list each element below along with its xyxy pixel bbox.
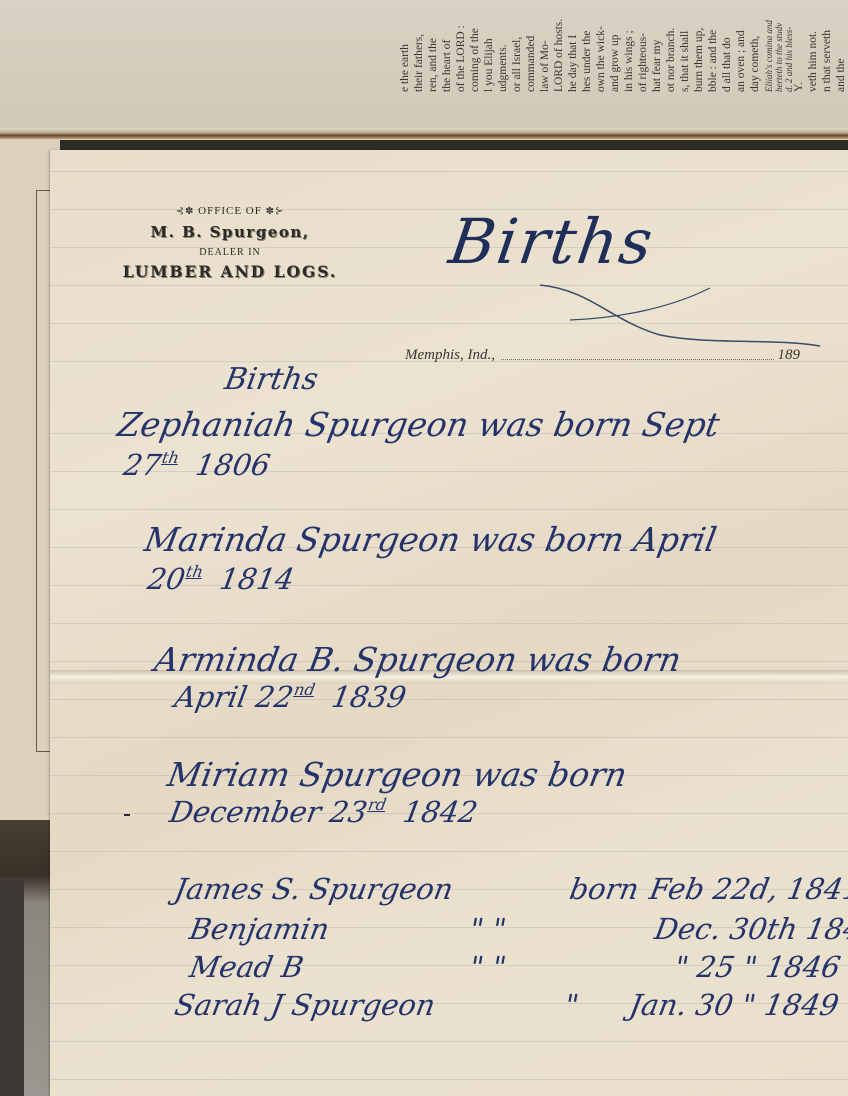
book-text-column: Y. [792, 0, 806, 92]
book-text-column: berteth to the study [772, 0, 782, 92]
birth-table-row: Sarah J Spurgeon " Jan. 30 " 1849 [172, 988, 558, 1022]
place-name: Memphis, Ind., [405, 347, 495, 364]
book-text-column: bble : and the [706, 0, 720, 92]
birth-date: Dec. 30th 1844 [652, 912, 848, 946]
book-text-column: Elijah's coming and [762, 0, 772, 92]
born-label: born [567, 872, 653, 906]
book-text-column: s, that it shall [678, 0, 692, 92]
child-name: Mead B [187, 950, 573, 984]
book-text-column: he day that I [566, 0, 580, 92]
birth-entry-name-line: Zephaniah Spurgeon was born Sept [115, 405, 723, 444]
birth-entry-name-line: Arminda B. Spurgeon was born [152, 640, 685, 679]
margin-mark [124, 814, 130, 816]
book-text-column: of the LORD : [454, 0, 468, 92]
book-text-column: in his wings ; [622, 0, 636, 92]
letterhead-dealer-in: DEALER IN [90, 247, 370, 258]
ditto-marks: " " [467, 912, 509, 946]
letterhead: ⊰✽ OFFICE OF ✽⊱ M. B. Spurgeon, DEALER I… [90, 205, 370, 281]
book-text-column: ot nor branch. [664, 0, 678, 92]
book-text-column: own the wick- [594, 0, 608, 92]
birth-table-row: Mead B " " " 25 " 1846 [187, 950, 573, 984]
book-text-column: burn them up, [692, 0, 706, 92]
child-name: Sarah J Spurgeon [172, 988, 558, 1022]
birth-entry-date: 27th 1806 [121, 448, 273, 482]
book-text-column: an oven ; and [734, 0, 748, 92]
ornament-left-icon: ⊰✽ [176, 206, 195, 217]
book-text-column: and grow up [608, 0, 622, 92]
book-text-column: veth him not. [806, 0, 820, 92]
underlying-page-border [36, 190, 51, 752]
birth-entry-date: April 22nd 1839 [172, 680, 409, 714]
book-text-column: n that serveth [820, 0, 834, 92]
place-date-line: Memphis, Ind., 189 [405, 346, 800, 364]
letterhead-name: M. B. Spurgeon, [90, 223, 370, 241]
book-text-column: their fathers, [412, 0, 426, 92]
birth-date: " 25 " 1846 [672, 950, 843, 984]
child-name: James S. Spurgeon [172, 872, 573, 906]
page-heading: Births [445, 205, 659, 278]
birth-table-row: James S. Spurgeon born Feb 22d, 1841 [172, 872, 848, 906]
letterhead-office-of: ⊰✽ OFFICE OF ✽⊱ [90, 205, 370, 217]
book-text-column: d, 2 and his bless- [782, 0, 792, 92]
birth-date: Jan. 30 " 1849 [627, 988, 842, 1022]
book-text-column: commanded [524, 0, 538, 92]
date-blank-line [501, 359, 774, 360]
book-text-column: udgments. [496, 0, 510, 92]
book-text-column: and the [834, 0, 848, 92]
book-page-edge [0, 128, 848, 140]
ditto-marks: " " [467, 950, 509, 984]
book-printed-text: and the n that serveth veth him not. Y. … [380, 0, 848, 92]
subheading: Births [222, 362, 321, 397]
ornament-right-icon: ✽⊱ [266, 206, 285, 217]
ditto-marks: " [562, 988, 581, 1022]
child-name: Benjamin [187, 912, 573, 946]
book-text-column: of righteous- [636, 0, 650, 92]
letter-sheet: ⊰✽ OFFICE OF ✽⊱ M. B. Spurgeon, DEALER I… [50, 150, 848, 1096]
book-text-column: hat fear my [650, 0, 664, 92]
book-text-column: e the earth [398, 0, 412, 92]
book-page-background: and the n that serveth veth him not. Y. … [0, 0, 848, 140]
birth-date: Feb 22d, 1841 [647, 872, 848, 906]
book-text-column: the heart of [440, 0, 454, 92]
book-text-column: law of Mo- [538, 0, 552, 92]
birth-entry-name-line: Marinda Spurgeon was born April [142, 520, 720, 559]
book-text-column: LORD of hosts. [552, 0, 566, 92]
birth-entry-date: 20th 1814 [145, 562, 297, 596]
book-text-column: or all Israel, [510, 0, 524, 92]
birth-entry-date: December 23rd 1842 [167, 795, 480, 829]
birth-table-row: Benjamin " " Dec. 30th 1844 [187, 912, 573, 946]
birth-entry-name-line: Miriam Spurgeon was born [165, 755, 630, 794]
book-text-column: day cometh, [748, 0, 762, 92]
background-shadow [0, 820, 50, 1096]
book-text-column: coming of the [468, 0, 482, 92]
book-text-column: hes under the [580, 0, 594, 92]
book-text-column: d all that do [720, 0, 734, 92]
book-text-column: ren, and the [426, 0, 440, 92]
book-text-column: l you Elijah [482, 0, 496, 92]
letterhead-trade: LUMBER AND LOGS. [90, 262, 370, 281]
year-prefix: 189 [778, 347, 801, 364]
flourish-underline-icon [530, 280, 830, 350]
